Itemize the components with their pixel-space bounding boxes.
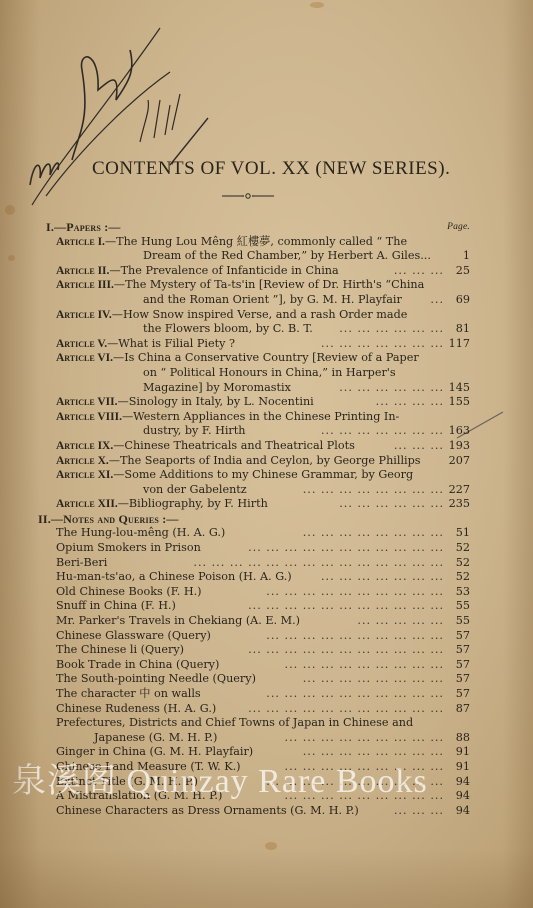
page-number: 52 [446, 556, 470, 571]
toc-note-entry[interactable]: Chinese Glassware (Query)... ... ... ...… [46, 629, 470, 644]
toc-note-entry[interactable]: Chinese Characters as Dress Ornaments (G… [46, 804, 470, 819]
leader-dots: ... ... ... ... ... ... ... ... ... ... … [201, 541, 446, 556]
page-number: 57 [446, 658, 470, 673]
page-number: 227 [446, 483, 470, 498]
page-number: 57 [446, 687, 470, 702]
leader-dots: ... ... ... ... ... ... ... ... ... ... [211, 629, 446, 644]
leader-dots: ... [402, 293, 446, 308]
page-number: 91 [446, 760, 470, 775]
page-number: 1 [446, 249, 470, 264]
page-number: 53 [446, 585, 470, 600]
leader-dots: ... ... ... [339, 264, 446, 279]
foxing-stain [8, 255, 15, 261]
toc-note-entry[interactable]: The Hung-lou-mêng (H. A. G.)... ... ... … [46, 526, 470, 541]
section-heading-notes: II.—Notes and Queries :— [38, 512, 470, 527]
leader-dots: ... ... ... [359, 804, 446, 819]
toc-note-entry[interactable]: Book Trade in China (Query)... ... ... .… [46, 658, 470, 673]
toc-note-entry[interactable]: Hu-man-ts'ao, a Chinese Poison (H. A. G.… [46, 570, 470, 585]
page-number: 81 [446, 322, 470, 337]
toc-entry[interactable]: Article XI.—Some Additions to my Chinese… [46, 468, 470, 497]
table-of-contents: I.—Papers :— Page. Article I.—The Hung L… [46, 220, 470, 818]
leader-dots: ... ... ... ... ... ... ... [292, 570, 446, 585]
page-number: 55 [446, 614, 470, 629]
page-number: 145 [446, 381, 470, 396]
leader-dots: ... ... ... ... ... ... ... [235, 337, 446, 352]
document-page: CONTENTS OF VOL. XX (NEW SERIES). I.—Pap… [0, 0, 533, 908]
toc-entry[interactable]: Article X.—The Seaports of India and Cey… [46, 454, 470, 469]
toc-note-entry[interactable]: Opium Smokers in Prison... ... ... ... .… [46, 541, 470, 556]
watermark: 泉溪阁 Quinzay Rare Books [12, 753, 428, 802]
page-number: 117 [446, 337, 470, 352]
page-number: 52 [446, 570, 470, 585]
leader-dots: ... ... ... ... ... ... ... ... ... ... … [184, 643, 446, 658]
page-number: 57 [446, 643, 470, 658]
page-number: 163 [446, 424, 470, 439]
leader-dots: ... ... ... ... ... ... ... ... ... ... … [216, 702, 446, 717]
leader-dots: ... ... ... ... ... ... ... ... [225, 526, 446, 541]
toc-entry[interactable]: Article IX.—Chinese Theatricals and Thea… [46, 439, 470, 454]
page-number: 52 [446, 541, 470, 556]
toc-note-entry[interactable]: The character 中 on walls... ... ... ... … [46, 687, 470, 702]
page-number: 94 [446, 789, 470, 804]
page-number: 69 [446, 293, 470, 308]
section-heading-papers: I.—Papers :— Page. [46, 220, 470, 235]
leader-dots: ... ... ... [355, 439, 446, 454]
toc-entry[interactable]: Article V.—What is Filial Piety ?... ...… [46, 337, 470, 352]
leader-dots: ... ... ... ... ... ... ... ... ... ... … [176, 599, 446, 614]
page-number: 57 [446, 672, 470, 687]
foxing-stain [310, 2, 324, 8]
toc-note-entry[interactable]: Chinese Rudeness (H. A. G.)... ... ... .… [46, 702, 470, 717]
toc-entry[interactable]: Article III.—The Mystery of Ta-ts'in [Re… [46, 278, 470, 307]
page-column-label: Page. [447, 220, 470, 235]
page-number: 94 [446, 775, 470, 790]
toc-note-entry[interactable]: Prefectures, Districts and Chief Towns o… [46, 716, 470, 731]
toc-note-entry[interactable]: The South-pointing Needle (Query)... ...… [46, 672, 470, 687]
page-number: 25 [446, 264, 470, 279]
toc-note-entry[interactable]: Beri-Beri... ... ... ... ... ... ... ...… [46, 556, 470, 571]
leader-dots: ... ... ... ... ... ... ... ... ... ... [202, 585, 447, 600]
ornament-divider-icon [222, 192, 274, 200]
toc-note-entry[interactable]: Mr. Parker's Travels in Chekiang (A. E. … [46, 614, 470, 629]
page-number: 207 [446, 454, 470, 469]
page-number: 235 [446, 497, 470, 512]
leader-dots: ... ... ... ... ... ... ... ... ... [217, 731, 446, 746]
toc-entry[interactable]: Article VIII.—Western Appliances in the … [46, 410, 470, 439]
toc-note-entry[interactable]: Old Chinese Books (F. H.)... ... ... ...… [46, 585, 470, 600]
leader-dots: ... ... ... ... ... ... ... ... [247, 483, 446, 498]
signature-ink-icon [20, 10, 240, 230]
page-number: 51 [446, 526, 470, 541]
toc-entry[interactable]: Article II.—The Prevalence of Infanticid… [46, 264, 470, 279]
foxing-stain [5, 205, 15, 215]
page-number: 155 [446, 395, 470, 410]
page-number: 55 [446, 599, 470, 614]
page-number: 94 [446, 804, 470, 819]
page-number: 87 [446, 702, 470, 717]
leader-dots: ... ... ... ... ... ... ... ... ... ... [201, 687, 446, 702]
page-number: 91 [446, 745, 470, 760]
page-number: 57 [446, 629, 470, 644]
leader-dots: ... ... ... ... ... ... ... ... ... [219, 658, 446, 673]
toc-note-entry-continued[interactable]: Japanese (G. M. H. P.)... ... ... ... ..… [46, 731, 470, 746]
leader-dots: ... ... ... ... [314, 395, 446, 410]
leader-dots: ... ... ... ... ... ... [268, 497, 446, 512]
leader-dots: ... ... ... ... ... ... [313, 322, 446, 337]
page-number: 88 [446, 731, 470, 746]
leader-dots: ... ... ... ... ... ... ... [245, 424, 446, 439]
toc-entry[interactable]: Article I.—The Hung Lou Mêng 紅樓夢, common… [46, 235, 470, 264]
page-number: 193 [446, 439, 470, 454]
leader-dots: ... ... ... ... ... ... ... ... ... ... … [107, 556, 446, 571]
toc-entry[interactable]: Article VI.—Is China a Conservative Coun… [46, 351, 470, 395]
leader-dots: ... ... ... ... ... ... [291, 381, 446, 396]
leader-dots: ... ... ... ... ... ... ... ... [256, 672, 446, 687]
toc-note-entry[interactable]: The Chinese li (Query)... ... ... ... ..… [46, 643, 470, 658]
toc-note-entry[interactable]: Snuff in China (F. H.)... ... ... ... ..… [46, 599, 470, 614]
toc-entry[interactable]: Article IV.—How Snow inspired Verse, and… [46, 308, 470, 337]
toc-entry[interactable]: Article VII.—Sinology in Italy, by L. No… [46, 395, 470, 410]
leader-dots: ... ... ... ... ... [300, 614, 446, 629]
foxing-stain [265, 842, 277, 850]
page-title: CONTENTS OF VOL. XX (NEW SERIES). [92, 158, 432, 180]
handwritten-signature [20, 10, 240, 230]
toc-entry[interactable]: Article XII.—Bibliography, by F. Hirth..… [46, 497, 470, 512]
